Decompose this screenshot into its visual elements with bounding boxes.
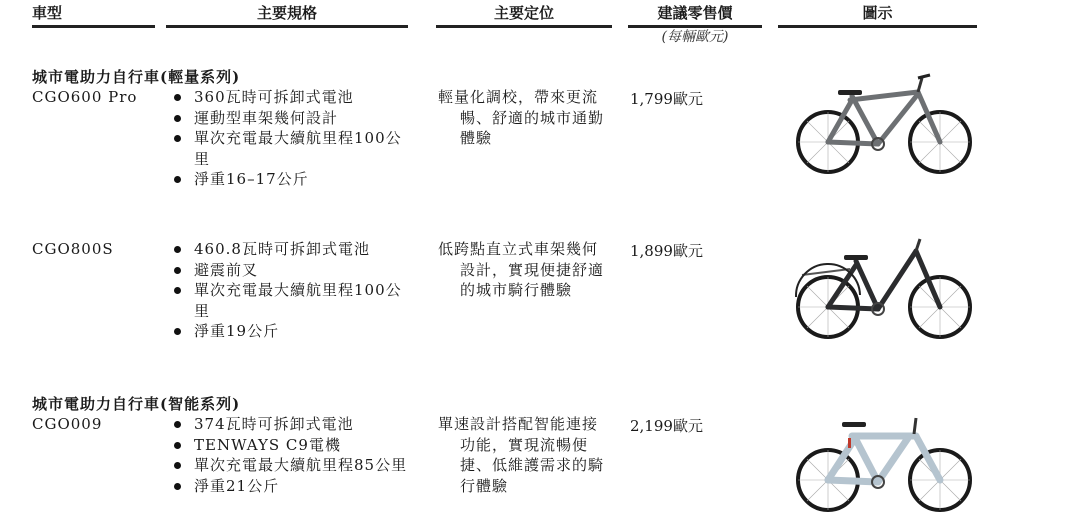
positioning-text: 低跨點直立式車架幾何 設計，實現便捷舒適 的城市騎行體驗 bbox=[438, 239, 618, 301]
positioning-line: 捷、低維護需求的騎 bbox=[438, 455, 618, 476]
price-value: 2,199歐元 bbox=[630, 415, 703, 436]
header-model: 車型 bbox=[32, 4, 155, 28]
spec-item: 460.8瓦時可拆卸式電池 bbox=[172, 239, 422, 260]
positioning-line: 功能，實現流暢便 bbox=[438, 435, 618, 456]
header-model-label: 車型 bbox=[32, 4, 62, 22]
positioning-line: 低跨點直立式車架幾何 bbox=[438, 239, 618, 260]
positioning-text: 輕量化調校，帶來更流 暢、舒適的城市通勤 體驗 bbox=[438, 87, 618, 149]
spec-item-continuation: 里 bbox=[172, 149, 422, 170]
bike-smart-lightblue-icon bbox=[790, 408, 980, 518]
group-title-lightweight: 城市電助力自行車(輕量系列) bbox=[32, 66, 240, 87]
model-name: CGO800S bbox=[32, 240, 114, 258]
header-price-unit: (每輛歐元) bbox=[628, 26, 762, 46]
positioning-text: 單速設計搭配智能連接 功能，實現流暢便 捷、低維護需求的騎 行體驗 bbox=[438, 414, 618, 496]
group-title-smart: 城市電助力自行車(智能系列) bbox=[32, 393, 240, 414]
positioning-line: 體驗 bbox=[438, 128, 618, 149]
positioning-line: 行體驗 bbox=[438, 476, 618, 497]
spec-item-continuation: 里 bbox=[172, 301, 422, 322]
spec-list: 374瓦時可拆卸式電池 TENWAYS C9電機 單次充電最大續航里程85公里 … bbox=[172, 414, 422, 496]
header-image-label: 圖示 bbox=[862, 4, 892, 22]
spec-item: 單次充電最大續航里程100公 bbox=[172, 280, 422, 301]
positioning-line: 單速設計搭配智能連接 bbox=[438, 414, 618, 435]
price-value: 1,899歐元 bbox=[630, 240, 703, 261]
header-specs: 主要規格 bbox=[166, 4, 408, 28]
header-price-label: 建議零售價 bbox=[657, 4, 732, 22]
spec-list: 360瓦時可拆卸式電池 運動型車架幾何設計 單次充電最大續航里程100公 里 淨… bbox=[172, 87, 422, 190]
spec-item: 淨重19公斤 bbox=[172, 321, 422, 342]
spec-item: 淨重16–17公斤 bbox=[172, 169, 422, 190]
positioning-line: 設計，實現便捷舒適 bbox=[438, 260, 618, 281]
bike-sport-grey-icon bbox=[790, 70, 980, 180]
spec-item: 單次充電最大續航里程85公里 bbox=[172, 455, 422, 476]
header-positioning: 主要定位 bbox=[436, 4, 612, 28]
header-image: 圖示 bbox=[778, 4, 977, 28]
bike-stepthrough-black-icon bbox=[790, 235, 980, 345]
spec-item: 淨重21公斤 bbox=[172, 476, 422, 497]
positioning-line: 輕量化調校，帶來更流 bbox=[438, 87, 618, 108]
header-positioning-label: 主要定位 bbox=[494, 4, 554, 22]
spec-list: 460.8瓦時可拆卸式電池 避震前叉 單次充電最大續航里程100公 里 淨重19… bbox=[172, 239, 422, 342]
spec-item: 374瓦時可拆卸式電池 bbox=[172, 414, 422, 435]
spec-item: TENWAYS C9電機 bbox=[172, 435, 422, 456]
spec-item: 360瓦時可拆卸式電池 bbox=[172, 87, 422, 108]
spec-item: 避震前叉 bbox=[172, 260, 422, 281]
price-value: 1,799歐元 bbox=[630, 88, 703, 109]
model-name: CGO009 bbox=[32, 415, 102, 433]
header-price: 建議零售價 bbox=[628, 4, 762, 28]
positioning-line: 的城市騎行體驗 bbox=[438, 280, 618, 301]
header-specs-label: 主要規格 bbox=[257, 4, 317, 22]
spec-item: 運動型車架幾何設計 bbox=[172, 108, 422, 129]
model-name: CGO600 Pro bbox=[32, 88, 137, 106]
spec-item: 單次充電最大續航里程100公 bbox=[172, 128, 422, 149]
positioning-line: 暢、舒適的城市通勤 bbox=[438, 108, 618, 129]
